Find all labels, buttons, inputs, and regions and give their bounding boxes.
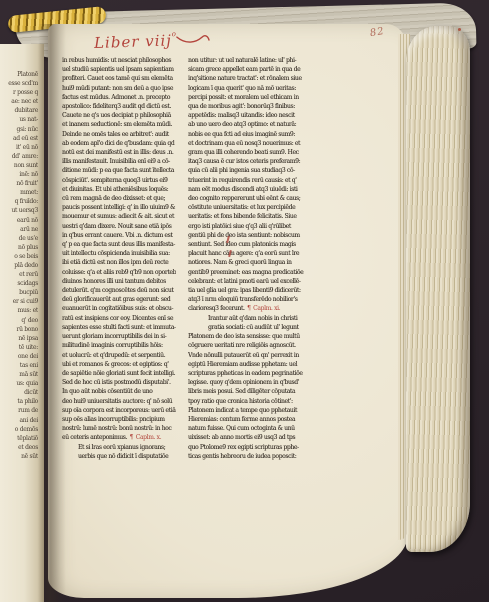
manuscript-text-line: non utitur: ut uel naturalē latine: ul' … (188, 56, 319, 65)
manuscript-text-line: uerunt gloriam incorruptibilis dei in si… (62, 332, 176, 341)
text-fragment: o se beis (0, 252, 38, 261)
text-fragment: et deos (0, 443, 38, 452)
manuscript-text-line: paucis possent intelligi: q' in illo uiu… (62, 203, 176, 212)
left-text-column: in rebus humidis: ut nesciat philosophos… (62, 56, 176, 461)
text-fragment: bucpiū (0, 288, 38, 297)
manuscript-text-line: Irantur aūt q'dam nobis in christi (208, 314, 319, 323)
manuscript-text-line: notū est dei manifestū est in illis: deu… (62, 148, 176, 157)
text-fragment: ta philo (0, 397, 38, 406)
text-fragment: nō plus (0, 243, 38, 252)
manuscript-text-line: Cauete ne q's uos decipiat p philosophiā (62, 111, 176, 120)
text-fragment: esse scd'm (0, 79, 38, 88)
manuscript-recto-page: Liber viijo 82 in rebus humidis: ut nesc… (48, 24, 408, 598)
manuscript-text-line: atq3 ī nrm eloquiū transferēdo nobilior'… (188, 295, 319, 304)
manuscript-text-line: cū rem magnā de deo dixisset: et que; (62, 194, 176, 203)
text-fragment: ani dei (0, 416, 38, 425)
text-fragment: q fruīdo: (0, 197, 38, 206)
manuscript-text-line: cōspiciūt'. sempiterna quoq3 uirtus ei9 (62, 176, 176, 185)
running-title-text: Liber viij (94, 31, 172, 52)
text-fragment: mus: et (0, 306, 38, 315)
left-column-body: in rebus humidis: ut nesciat philosophos… (62, 56, 176, 433)
manuscript-text-line: ueritatis: et fons bibende felicitatis. … (188, 212, 319, 221)
manuscript-text-line: ab eodem apl'o dici de q'busdam: quia qd (62, 139, 176, 148)
lombard-initial-M: M (208, 314, 209, 332)
manuscript-text-line: mouemur et sumus: adiecit & ait. sicut e… (62, 212, 176, 221)
text-fragment: tēplatiō (0, 434, 38, 443)
manuscript-text-line: notiores. Nam & greci quorū lingua in (188, 258, 319, 267)
manuscript-text-line: placuit hanc cām agere: q'a eorū sunt lr… (188, 249, 319, 258)
manuscript-text-line: qua de moribus agit': bonorūq3 finibus: (188, 102, 319, 111)
text-fragment: nō fruit' (0, 179, 38, 188)
text-fragment: o demōs (0, 425, 38, 434)
pilcrow-icon: ¶ (246, 305, 251, 312)
manuscript-text-line: itaq3 causa ē cur istos ceteris preferam… (188, 157, 319, 166)
manuscript-text-line: factus est mūdus. Admonet .n. precepto (62, 93, 176, 102)
manuscript-text-line: appetēdis: malisq3 uitandis: ideo nescit (188, 111, 319, 120)
text-fragment: nē ipsa (0, 334, 38, 343)
manuscript-text-line: inq'sitione nature tractat': et rōnalem … (188, 74, 319, 83)
manuscript-text-line: egiptū Hieremiam audisse pphetam: uel (188, 360, 319, 369)
manuscript-text-line: Et si lras eorū xpianus ignorans; (78, 443, 176, 452)
manuscript-text-line: detulerūt. q'm cognoscētes deū non sicut (62, 286, 176, 295)
manuscript-text-line: ergo isti platōici siue q'q3 alii q'rūli… (188, 222, 319, 231)
fore-edge-page-stack (406, 26, 470, 552)
manuscript-text-line: et inanem seductionē: sm elemēta mūdi. (62, 120, 176, 129)
manuscript-text-line: ratū est insipiens cor eoy. Dicentes enī… (62, 314, 176, 323)
text-fragment: dubitare (0, 106, 38, 115)
text-fragment: one dei (0, 352, 38, 361)
manuscript-text-line: uestri q'dam dixere. Nouit sane etiā ipō… (62, 222, 176, 231)
chapter-x-rubric: Caplm. x. (136, 434, 162, 441)
manuscript-text-line: sicam grece appellet eam partē in qua de (188, 65, 319, 74)
manuscript-text-line: sentiunt. Sed ideo cum platonicis magis (188, 240, 319, 249)
text-fragment: ae: nec et (0, 97, 38, 106)
manuscript-text-line: illis manifestauit. Inuisibilia enī ei9 … (62, 157, 176, 166)
manuscript-text-line: nam eēt modus discendi atq3 uiuēdi: isti (188, 185, 319, 194)
facing-page-text-fragments: Platonēesse scd'mr posse qae: nec etdubi… (0, 70, 38, 461)
manuscript-text-line: cōstitute uniuersitatis: et lux percipiē… (188, 203, 319, 212)
manuscript-text-line: ticas gentis hebreoru de iudea poposcit: (188, 452, 319, 461)
manuscript-text-line: ubi et romanos & grecos: et egiptios: q' (62, 360, 176, 369)
manuscript-text-line: uixisset: ab anno mortis ei9 usq3 ad tps (188, 433, 319, 442)
text-fragment: Platonē (0, 70, 38, 79)
text-fragment: scidags (0, 279, 38, 288)
text-fragment: r posse q (0, 88, 38, 97)
text-fragment: tas eni (0, 361, 38, 370)
manuscript-text-line: militudinē imaginis corruptibilis hōis: (62, 341, 176, 350)
pilcrow-icon: ¶ (129, 434, 134, 441)
text-fragment: de us'e (0, 234, 38, 243)
text-fragment: arū ne (0, 225, 38, 234)
manuscript-text-line: q' p ea que facta sunt deus illis manife… (62, 240, 176, 249)
manuscript-text-line: uel studiū sapientis uel ipsam sapientia… (62, 65, 176, 74)
right-text-column: non utitur: ut uel naturalē latine: ul' … (188, 56, 319, 461)
manuscript-text-line: gram qua illi coherendo beati sum9. Hec (188, 148, 319, 157)
red-speck (458, 28, 461, 31)
text-fragment: rū bono (0, 325, 38, 334)
manuscript-text-line: et diuinitas. Et ubi atheniēsibus loquēs… (62, 185, 176, 194)
text-fragment: er si cui9 (0, 297, 38, 306)
manuscript-text-line: deū glorificauerūt aut gras egerunt: sed (62, 295, 176, 304)
manuscript-text-line: et uolucrū: et q'drupedū: et serpentiū. (62, 351, 176, 360)
running-title: Liber viijo (94, 29, 211, 52)
manuscript-text-line: in q'bus errant cauere. Vbi .n. dictum e… (62, 231, 176, 240)
right-column-body-a: non utitur: ut uel naturalē latine: ul' … (188, 56, 319, 304)
manuscript-text-line: scripturas ppheticas in eadem pegrinatiō… (188, 369, 319, 378)
text-fragment: gsi: nūc (0, 125, 38, 134)
manuscript-text-line: logicam ī qua querit' quo nā mō ueritas: (188, 84, 319, 93)
chapter-x-opening-lines: Et si lras eorū xpianus ignorans;uerbis … (78, 443, 176, 461)
text-fragment: it' eū nō (0, 143, 38, 152)
chapter-xi-rubric: Caplm. xi. (253, 305, 280, 312)
manuscript-text-line: uit intellectu cōspicienda inuisibilia s… (62, 249, 176, 258)
manuscript-text-line: natum fuisse. Qui cum octoginta & unū (188, 424, 319, 433)
text-fragment: earū nō (0, 216, 38, 225)
photograph-of-open-incunable: Platonēesse scd'mr posse qae: nec etdubi… (0, 0, 489, 602)
manuscript-text-line: percipi possit: et moralem uel ethicam i… (188, 93, 319, 102)
text-fragment: us nat- (0, 115, 38, 124)
text-fragment: us: quia (0, 379, 38, 388)
manuscript-text-line: ab uno uero deo atq3 optimo: et naturā: (188, 120, 319, 129)
manuscript-text-line: Platonem indicat a tempe quo pphetauit (188, 406, 319, 415)
manuscript-text-line: nobis ee qua fcti ad eius imaginē sum9: (188, 130, 319, 139)
chapter-xi-end-text: clarioresq3 fecerunt. (188, 305, 245, 312)
text-fragment: nē sūt (0, 452, 38, 461)
manuscript-text-line: de sapiētie nōie gloriati sunt fecit int… (62, 369, 176, 378)
text-fragment: et rerū (0, 270, 38, 279)
running-title-flourish (176, 32, 210, 47)
manuscript-text-line: deo hui9 uniuersitatis auctore: q' nō so… (62, 397, 176, 406)
manuscript-text-line: hui9 mūdi putant: non sm deū a quo ipse (62, 84, 176, 93)
chapter-xi-opening-lines: Irantur aūt q'dam nobis in christigratia… (208, 314, 319, 332)
manuscript-text-line: quo Ptolome9 rex egipti scripturas pphe- (188, 443, 319, 452)
text-fragment: dd' amre: (0, 152, 38, 161)
chapter-xi-rubric-line: clarioresq3 fecerunt. ¶ Caplm. xi. (188, 304, 319, 313)
manuscript-text-line: legisse. quoy q'dem opinionem in q'busd' (188, 378, 319, 387)
manuscript-text-line: gentiū phi de deo ista sentiunt: nobiscu… (188, 231, 319, 240)
manuscript-text-line: profiteri. Cauet eos tamē qui sm elemēta (62, 74, 176, 83)
text-fragment: q' deo (0, 316, 38, 325)
rubricated-initial-flourish (78, 443, 79, 461)
chapter-x-end-text: eū ceteris anteponimus. (62, 434, 127, 441)
manuscript-text-line: Deinde ne omēs tales ee arbitret': audit (62, 130, 176, 139)
manuscript-text-line: euanuerūt in cogitatiōibus suis: et obsc… (62, 304, 176, 313)
gutter-shadow (38, 24, 66, 602)
manuscript-text-line: sup oēs alias incorruptibilis: pncipium (62, 415, 176, 424)
chapter-xi-opening: M Irantur aūt q'dam nobis in christigrat… (208, 314, 319, 332)
manuscript-text-line: gratia sociati: cū audiūt ul' legunt (208, 323, 319, 332)
manuscript-text-line: celebrant: et latini pmoti earū uel exce… (188, 277, 319, 286)
manuscript-text-line: coluisse: q'a et aliis reb9 q'b9 non opo… (62, 268, 176, 277)
manuscript-text-line: Platonem de deo ista sensisse: que multū (188, 332, 319, 341)
manuscript-text-line: sapientes esse stulti facti sunt: et imm… (62, 323, 176, 332)
manuscript-text-line: uerbis que nō didicit ī disputatiōe (78, 452, 176, 461)
text-fragment: plā dedo (0, 261, 38, 270)
manuscript-text-line: gentib9 preeminet: eas magna predicatiōe (188, 268, 319, 277)
manuscript-text-line: Vnde nōnulli putauerūt eū qn' perrexit i… (188, 351, 319, 360)
manuscript-text-line: in rebus humidis: ut nesciat philosophos (62, 56, 176, 65)
manuscript-text-line: et doctrinam qua eū nosq3 nouerimus: et (188, 139, 319, 148)
manuscript-text-line: Sed de hoc cū istis postmodū disputabi'. (62, 378, 176, 387)
manuscript-text-line: apostolico: fideliterq3 audit qd dictū e… (62, 102, 176, 111)
text-fragment: ad eū est (0, 134, 38, 143)
text-fragment: mmet: (0, 188, 38, 197)
manuscript-text-line: In quo aūt nobis cōsentiūt de uno (62, 387, 176, 396)
manuscript-text-line: libris meis posui. Sed diligēter cōputat… (188, 387, 319, 396)
chapter-x-rubric-line: eū ceteris anteponimus. ¶ Caplm. x. (62, 433, 176, 442)
manuscript-text-line: sup oīa corpora est incorporeus: uerū et… (62, 406, 176, 415)
text-fragment: rum de (0, 406, 38, 415)
manuscript-text-line: diuinos honores illi uni tantum debitos (62, 277, 176, 286)
folio-number: 82 (369, 26, 385, 39)
text-fragment: mā sūt (0, 370, 38, 379)
manuscript-text-line: tia uel glia uel gra: ipas libenti9 didi… (188, 286, 319, 295)
chapter-x-opening: Et si lras eorū xpianus ignorans;uerbis … (78, 443, 176, 461)
manuscript-text-line: ditione mūdi: p ea que facta sunt ītelle… (62, 166, 176, 175)
manuscript-text-line: tpoy ratio que cronica historia cōtinet'… (188, 397, 319, 406)
text-fragment: inē: nō (0, 170, 38, 179)
text-fragment: tē uite: (0, 343, 38, 352)
manuscript-text-line: triuerint in requirendis rerū causis: et… (188, 176, 319, 185)
text-fragment: non sunt (0, 161, 38, 170)
manuscript-text-line: cōgruere ueritati nre religiōis agnoscūt… (188, 341, 319, 350)
manuscript-text-line: Hieremias: centum ferme annos postea (188, 415, 319, 424)
manuscript-text-line: deo cognito reppererunt ubi eēnt & caus; (188, 194, 319, 203)
manuscript-text-line: ibi etiā dictū est non illos ipm deū rec… (62, 258, 176, 267)
manuscript-text-line: quia cū alii phi ingenia sua studiaq3 cō… (188, 166, 319, 175)
text-fragment: dicūt (0, 388, 38, 397)
manuscript-text-line: nostrū: lumē nostrū: bonū nostrū: in hoc (62, 424, 176, 433)
right-column-body-b: Platonem de deo ista sensisse: que multū… (188, 332, 319, 461)
text-fragment: ut uersq3 (0, 206, 38, 215)
